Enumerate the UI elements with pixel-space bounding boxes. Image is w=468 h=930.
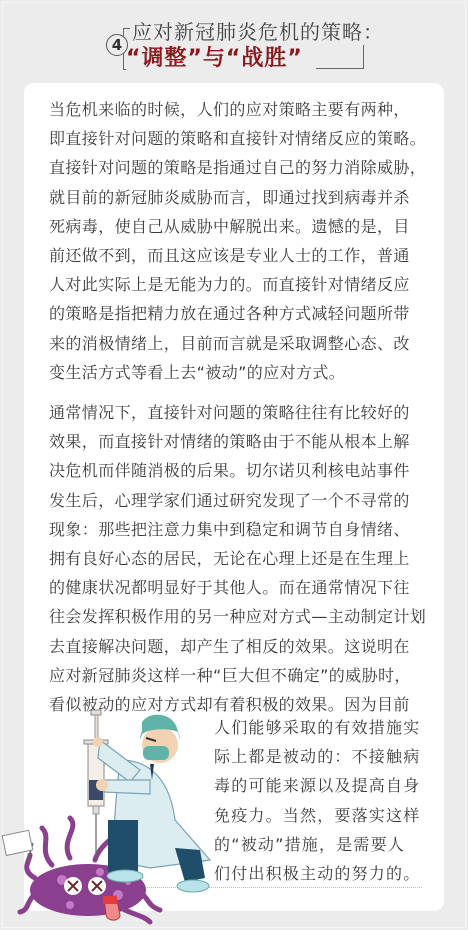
text-line: 人对此实际上是无能为力的。而直接针对情绪反应 <box>49 270 421 299</box>
doctor-virus-illustration <box>0 700 230 930</box>
text-line: 决危机而伴随消极的后果。切尔诺贝利核电站事件 <box>49 456 421 485</box>
text-line: 往会发挥积极作用的另一种应对方式—主动制定计划 <box>49 602 421 631</box>
text-line: 人们能够采取的有效措施实 <box>214 713 434 742</box>
text-line: 即直接针对问题的策略和直接针对情绪反应的策略。 <box>49 124 421 153</box>
text-line: 现象：那些把注意力集中到稳定和调节自身情绪、 <box>49 515 421 544</box>
text-line: 拥有良好心态的居民，无论在心理上还是在生理上 <box>49 544 421 573</box>
text-line: 就目前的新冠肺炎威胁而言，即通过找到病毒并杀 <box>49 183 421 212</box>
text-line: 死病毒，使自己从威胁中解脱出来。遗憾的是，目 <box>49 212 421 241</box>
white-flag-icon <box>2 830 33 855</box>
text-line: 的策略是指把精力放在通过各种方式减轻问题所带 <box>49 299 421 328</box>
paragraph-1: 当危机来临的时候，人们的应对策略主要有两种， 即直接针对问题的策略和直接针对情绪… <box>49 95 421 387</box>
text-line: 前还做不到，而且这应该是专业人士的工作，普通 <box>49 241 421 270</box>
text-line: 免疫力。当然，要落实这样 <box>214 801 434 830</box>
text-line: 应对新冠肺炎这样一种“巨大但不确定”的威胁时， <box>49 661 421 690</box>
text-line: 直接针对问题的策略是指通过自己的努力消除威胁， <box>49 153 421 182</box>
section-header: 应对新冠肺炎危机的策略： “调整”与“战胜” 4 <box>0 0 468 80</box>
text-line: 的健康状况都明显好于其他人。而在通常情况下往 <box>49 573 421 602</box>
paragraph-3: 人们能够采取的有效措施实 际上都是被动的：不接触病 毒的可能来源以及提高自身 免… <box>214 713 434 888</box>
text-line: 通常情况下，直接针对问题的策略往往有比较好的 <box>49 398 421 427</box>
text-line: 去直接解决问题，却产生了相反的效果。这说明在 <box>49 632 421 661</box>
text-line: 变生活方式等看上去“被动”的应对方式。 <box>49 358 421 387</box>
text-line: 来的消极情绪上，目前而言就是采取调整心态、改 <box>49 329 421 358</box>
doctor-figure <box>93 715 210 892</box>
text-line: 发生后，心理学家们通过研究发现了一个不寻常的 <box>49 486 421 515</box>
text-line: 的“被动”措施，是需要人 <box>214 830 434 859</box>
paragraph-2: 通常情况下，直接针对问题的策略往往有比较好的 效果，而直接针对情绪的策略由于不能… <box>49 398 421 719</box>
section-number-badge: 4 <box>106 34 128 56</box>
text-line: 们付出积极主动的努力的。 <box>214 859 434 888</box>
text-line: 际上都是被动的：不接触病 <box>214 742 434 771</box>
section-subtitle: “调整”与“战胜” <box>126 41 307 72</box>
text-line: 毒的可能来源以及提高自身 <box>214 771 434 800</box>
text-line: 当危机来临的时候，人们的应对策略主要有两种， <box>49 95 421 124</box>
text-line: 效果，而直接针对情绪的策略由于不能从根本上解 <box>49 427 421 456</box>
